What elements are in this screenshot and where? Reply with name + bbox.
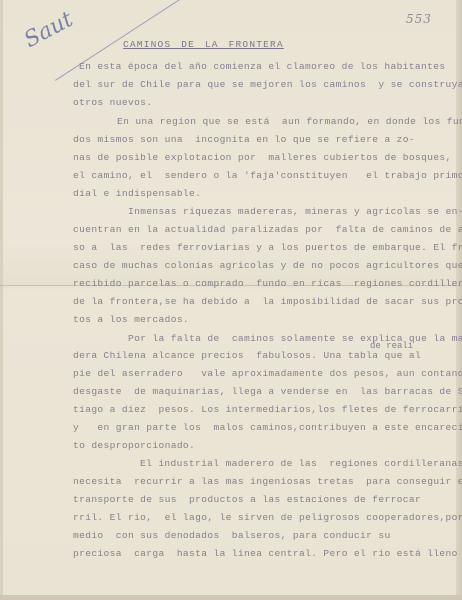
text-line: dera Chilena alcance precios fabulosos. … [73,350,421,361]
text-line: medio con sus denodados balseros, para c… [73,530,391,541]
text-line: desgaste de maquinarias, llega a venders… [73,386,462,397]
text-line: En esta época del año comienza el clamor… [79,61,445,72]
handwritten-signature: Saut [20,7,77,53]
text-line: caso de muchas colonias agrícolas y de n… [73,260,462,271]
text-line: el camino, el sendero o la 'faja'constit… [73,170,462,181]
text-line: dial e indispensable. [73,188,201,199]
text-line: rril. El rio, el lago, le sirven de peli… [73,512,462,523]
text-line: to desproporcionado. [73,440,195,451]
text-line: cuentran en la actualidad paralizadas po… [73,224,462,235]
text-line: transporte de sus productos a las estaci… [73,494,421,505]
text-line: preciosa carga hasta la linea central. P… [73,548,462,559]
document-title: CAMINOS DE LA FRONTERA [123,39,284,50]
text-line: dos mismos son una incognita en lo que s… [73,134,415,145]
text-line: recibido parcelas o comprado fundo en ri… [73,278,462,289]
text-line: nas de posible explotacion por malleres … [73,152,452,163]
text-line: Inmensas riquezas madereras, mineras y a… [128,206,462,217]
page-left-edge [0,0,3,600]
text-line: otros nuevos. [73,97,152,108]
text-line: necesita recurrir a las mas ingeniosas t… [73,476,462,487]
text-line: pie del aserradero vale aproximadamente … [73,368,462,379]
folio-number: 553 [406,12,432,26]
text-line: so a las redes ferroviarias y a los puer… [73,242,462,253]
text-line: tiago a diez pesos. Los intermediarios,l… [73,404,462,415]
text-line: tos a los mercados. [73,314,189,325]
text-line: y en gran parte los malos caminos,contri… [73,422,462,433]
interlinear-insertion: de realí [370,341,413,351]
text-line: del sur de Chile para que se mejoren los… [73,79,462,90]
text-line: de la frontera,se ha debido a la imposib… [73,296,462,307]
text-line: En una region que se está aun formando, … [117,116,462,127]
text-line: El industrial maderero de las regiones c… [140,458,462,469]
page-bottom-edge [0,595,462,600]
document-page: 553 Saut CAMINOS DE LA FRONTERA En esta … [0,0,462,600]
